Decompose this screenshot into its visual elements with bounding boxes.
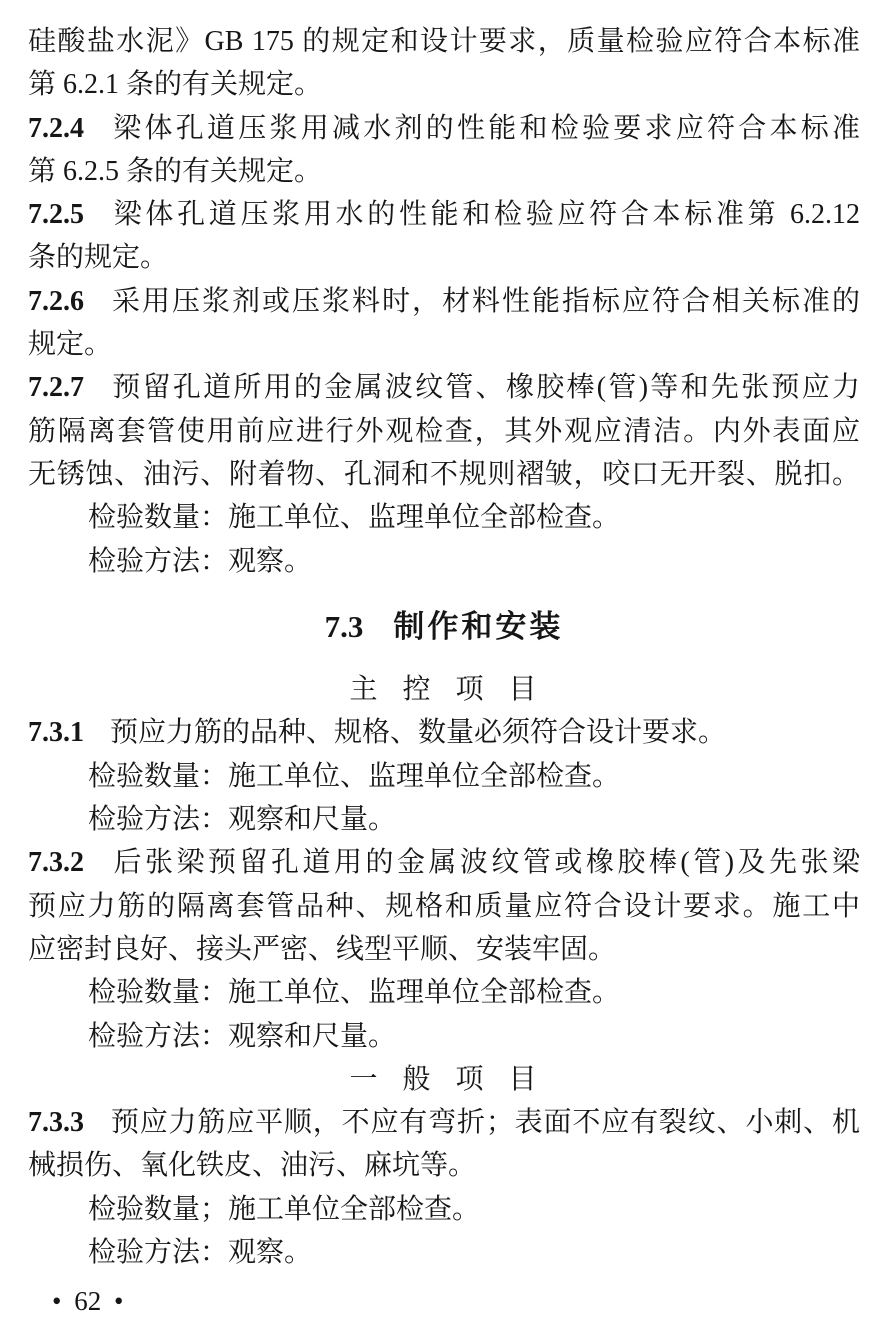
inspection-line: 检验数量：施工单位、监理单位全部检查。: [28, 496, 860, 539]
clause-number: 7.2.4: [28, 113, 110, 144]
line-text: 硅酸盐水泥》GB 175 的规定和设计要求，质量检验应符合本标准: [28, 26, 860, 57]
clause-line: 7.2.4梁体孔道压浆用减水剂的性能和检验要求应符合本标准: [28, 107, 860, 150]
clause-number: 7.2.7: [28, 372, 110, 403]
line-text: 预应力筋的品种、规格、数量必须符合设计要求。: [110, 717, 726, 748]
section-heading: 7.3制作和安装: [28, 605, 860, 648]
line-text: 制作和安装: [393, 609, 563, 644]
inspection-line: 检验数量；施工单位全部检查。: [28, 1188, 860, 1231]
line-text: 检验方法：观察和尺量。: [88, 804, 396, 835]
line-text: 械损伤、氧化铁皮、油污、麻坑等。: [28, 1150, 476, 1181]
subsection-heading: 主 控 项 目: [28, 668, 860, 711]
line-text: 主 控 项 目: [349, 674, 538, 705]
body-line: 械损伤、氧化铁皮、油污、麻坑等。: [28, 1144, 860, 1187]
inspection-line: 检验方法：观察和尺量。: [28, 1015, 860, 1058]
clause-line: 7.3.1预应力筋的品种、规格、数量必须符合设计要求。: [28, 711, 860, 754]
document-content: 硅酸盐水泥》GB 175 的规定和设计要求，质量检验应符合本标准第 6.2.1 …: [28, 20, 860, 1274]
body-line: 筋隔离套管使用前应进行外观检查，其外观应清洁。内外表面应: [28, 410, 860, 453]
line-text: 梁体孔道压浆用减水剂的性能和检验要求应符合本标准: [110, 113, 860, 144]
clause-number: 7.2.5: [28, 199, 110, 230]
line-text: 检验方法：观察和尺量。: [88, 1021, 396, 1052]
line-text: 采用压浆剂或压浆料时，材料性能指标应符合相关标准的: [110, 286, 860, 317]
inspection-line: 检验方法：观察。: [28, 1231, 860, 1274]
inspection-line: 检验数量：施工单位、监理单位全部检查。: [28, 755, 860, 798]
inspection-line: 检验数量：施工单位、监理单位全部检查。: [28, 971, 860, 1014]
body-line: 应密封良好、接头严密、线型平顺、安装牢固。: [28, 928, 860, 971]
body-line: 规定。: [28, 323, 860, 366]
line-text: 检验数量：施工单位、监理单位全部检查。: [88, 977, 620, 1008]
line-text: 应密封良好、接头严密、线型平顺、安装牢固。: [28, 934, 616, 965]
line-text: 无锈蚀、油污、附着物、孔洞和不规则褶皱，咬口无开裂、脱扣。: [28, 459, 860, 490]
line-text: 第 6.2.5 条的有关规定。: [28, 156, 322, 187]
clause-number: 7.3.1: [28, 717, 110, 748]
inspection-line: 检验方法：观察和尺量。: [28, 798, 860, 841]
line-text: 条的规定。: [28, 242, 168, 273]
body-line: 硅酸盐水泥》GB 175 的规定和设计要求，质量检验应符合本标准: [28, 20, 860, 63]
document-page: 硅酸盐水泥》GB 175 的规定和设计要求，质量检验应符合本标准第 6.2.1 …: [0, 0, 874, 1343]
line-text: 梁体孔道压浆用水的性能和检验应符合本标准第 6.2.12: [110, 199, 860, 230]
line-text: 规定。: [28, 329, 112, 360]
clause-line: 7.2.5梁体孔道压浆用水的性能和检验应符合本标准第 6.2.12: [28, 193, 860, 236]
page-number: • 62 •: [28, 1280, 860, 1323]
line-text: 第 6.2.1 条的有关规定。: [28, 69, 322, 100]
clause-line: 7.2.6采用压浆剂或压浆料时，材料性能指标应符合相关标准的: [28, 280, 860, 323]
clause-line: 7.3.3预应力筋应平顺，不应有弯折；表面不应有裂纹、小刺、机: [28, 1101, 860, 1144]
line-text: 检验数量；施工单位全部检查。: [88, 1194, 480, 1225]
body-line: 预应力筋的隔离套管品种、规格和质量应符合设计要求。施工中: [28, 885, 860, 928]
subsection-heading: 一 般 项 目: [28, 1058, 860, 1101]
body-line: 无锈蚀、油污、附着物、孔洞和不规则褶皱，咬口无开裂、脱扣。: [28, 453, 860, 496]
line-text: 检验数量：施工单位、监理单位全部检查。: [88, 502, 620, 533]
clause-number: 7.2.6: [28, 286, 110, 317]
clause-number: 7.3.3: [28, 1107, 110, 1138]
line-text: 预应力筋的隔离套管品种、规格和质量应符合设计要求。施工中: [28, 891, 860, 922]
line-text: 检验方法：观察。: [88, 1237, 312, 1268]
line-text: 检验数量：施工单位、监理单位全部检查。: [88, 761, 620, 792]
body-line: 第 6.2.5 条的有关规定。: [28, 150, 860, 193]
body-line: 条的规定。: [28, 236, 860, 279]
line-text: 一 般 项 目: [349, 1064, 538, 1095]
clause-line: 7.3.2后张梁预留孔道用的金属波纹管或橡胶棒(管)及先张梁: [28, 841, 860, 884]
clause-number: 7.3.2: [28, 847, 110, 878]
line-text: 检验方法：观察。: [88, 546, 312, 577]
line-text: 预应力筋应平顺，不应有弯折；表面不应有裂纹、小刺、机: [110, 1107, 860, 1138]
line-text: 筋隔离套管使用前应进行外观检查，其外观应清洁。内外表面应: [28, 416, 860, 447]
body-line: 第 6.2.1 条的有关规定。: [28, 63, 860, 106]
line-text: 后张梁预留孔道用的金属波纹管或橡胶棒(管)及先张梁: [110, 847, 860, 878]
line-text: 预留孔道所用的金属波纹管、橡胶棒(管)等和先张预应力: [110, 372, 860, 403]
inspection-line: 检验方法：观察。: [28, 540, 860, 583]
clause-number: 7.3: [325, 609, 394, 644]
clause-line: 7.2.7预留孔道所用的金属波纹管、橡胶棒(管)等和先张预应力: [28, 366, 860, 409]
